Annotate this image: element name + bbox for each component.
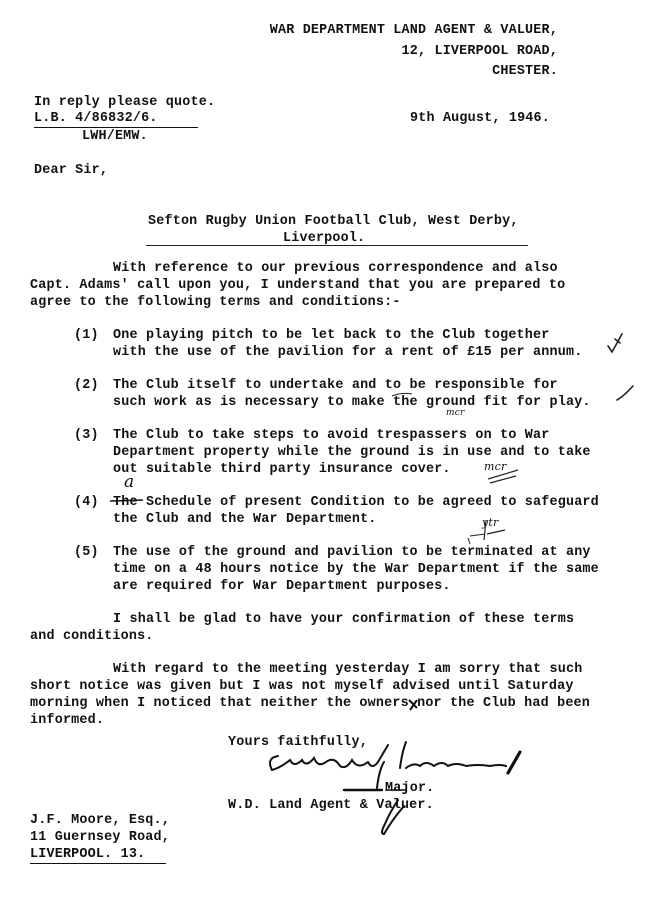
signature [270,742,520,834]
tick-mark-icon [617,386,633,400]
handwritten-marks [0,0,648,904]
tick-mark-icon [608,334,622,352]
strikethrough-mark [110,500,143,501]
